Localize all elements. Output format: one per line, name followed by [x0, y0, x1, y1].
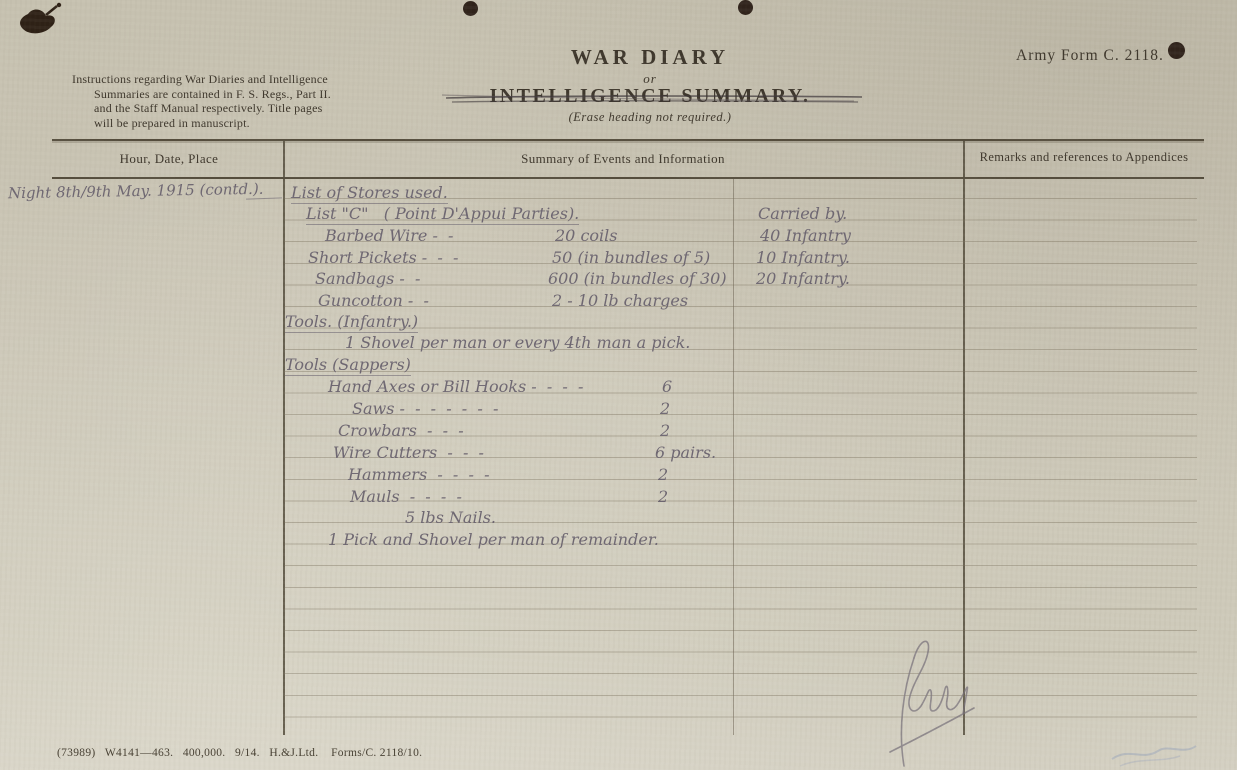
carried-by-text: 40 Infantry [760, 226, 851, 245]
carried-by-text: 10 Infantry. [756, 248, 850, 267]
summary-line: 1 Shovel per man or every 4th man a pick… [0, 333, 1237, 353]
instructions-block: Instructions regarding War Diaries and I… [72, 72, 372, 130]
summary-value: 2 [660, 421, 670, 440]
summary-text: Saws - - - - - - - [352, 399, 498, 418]
summary-text: Hand Axes or Bill Hooks - - - - [328, 377, 583, 396]
summary-line: Mauls - - - -2 [0, 487, 1237, 507]
summary-line: Saws - - - - - - -2 [0, 399, 1237, 419]
strikethrough-marks [438, 88, 868, 110]
summary-text: Guncotton - - [318, 291, 429, 310]
carried-by-line: 40 Infantry [0, 226, 1237, 246]
summary-text: Mauls - - - - [350, 487, 462, 506]
carried-by-line: 20 Infantry. [0, 269, 1237, 289]
column-header-hour-date-place: Hour, Date, Place [55, 151, 283, 167]
summary-text: Wire Cutters - - - [333, 443, 484, 462]
instructions-line: and the Staff Manual respectively. Title… [94, 101, 372, 116]
summary-text: List of Stores used. [291, 183, 448, 204]
summary-text: 1 Shovel per man or every 4th man a pick… [345, 333, 690, 352]
column-header-summary: Summary of Events and Information [283, 151, 963, 167]
summary-line: Hammers - - - -2 [0, 465, 1237, 485]
army-form-number: Army Form C. 2118. [1016, 47, 1164, 65]
instructions-line: Instructions regarding War Diaries and I… [72, 72, 372, 87]
summary-line: Hand Axes or Bill Hooks - - - -6 [0, 377, 1237, 397]
form-title: WAR DIARY [440, 45, 860, 70]
ink-blot [10, 0, 70, 46]
instructions-line: Summaries are contained in F. S. Regs., … [94, 87, 372, 102]
signature-initials [830, 628, 1010, 770]
summary-line: 5 lbs Nails. [0, 508, 1237, 528]
carried-by-text: 20 Infantry. [756, 269, 850, 288]
summary-line: Tools. (Infantry.) [0, 312, 1237, 332]
summary-text: 1 Pick and Shovel per man of remainder. [328, 530, 659, 549]
summary-text: Tools (Sappers) [285, 355, 411, 376]
punch-hole [738, 0, 753, 15]
summary-value: 2 [658, 465, 668, 484]
carried-by-line: Carried by. [0, 204, 1237, 224]
column-header-remarks: Remarks and references to Appendices [960, 150, 1208, 165]
summary-value: 6 pairs. [655, 443, 716, 462]
summary-line: Wire Cutters - - -6 pairs. [0, 443, 1237, 463]
carried-by-text: Carried by. [758, 204, 847, 223]
summary-value: 6 [662, 377, 672, 396]
war-diary-form-page: Army Form C. 2118. WAR DIARY or INTELLIG… [0, 0, 1237, 770]
summary-line: Tools (Sappers) [0, 355, 1237, 375]
summary-line: Crowbars - - -2 [0, 421, 1237, 441]
punch-hole [1168, 42, 1185, 59]
instructions-line: will be prepared in manuscript. [94, 116, 372, 131]
table-top-rule [52, 139, 1204, 141]
summary-line: List of Stores used. [0, 183, 1237, 203]
table-header-bottom-rule [52, 177, 1204, 179]
summary-line: 1 Pick and Shovel per man of remainder. [0, 530, 1237, 550]
summary-value: 2 - 10 lb charges [552, 291, 688, 310]
summary-line: Guncotton - -2 - 10 lb charges [0, 291, 1237, 311]
summary-text: Hammers - - - - [348, 465, 489, 484]
summary-text: Crowbars - - - [338, 421, 464, 440]
punch-hole [463, 1, 478, 16]
carried-by-line: 10 Infantry. [0, 248, 1237, 268]
summary-value: 2 [658, 487, 668, 506]
summary-value: 2 [660, 399, 670, 418]
summary-text: Tools. (Infantry.) [285, 312, 418, 333]
blue-pencil-mark [1100, 733, 1210, 770]
summary-text: 5 lbs Nails. [405, 508, 496, 527]
erase-heading-note: (Erase heading not required.) [440, 110, 860, 125]
printer-imprint: (73989) W4141—463. 400,000. 9/14. H.&J.L… [57, 747, 422, 759]
